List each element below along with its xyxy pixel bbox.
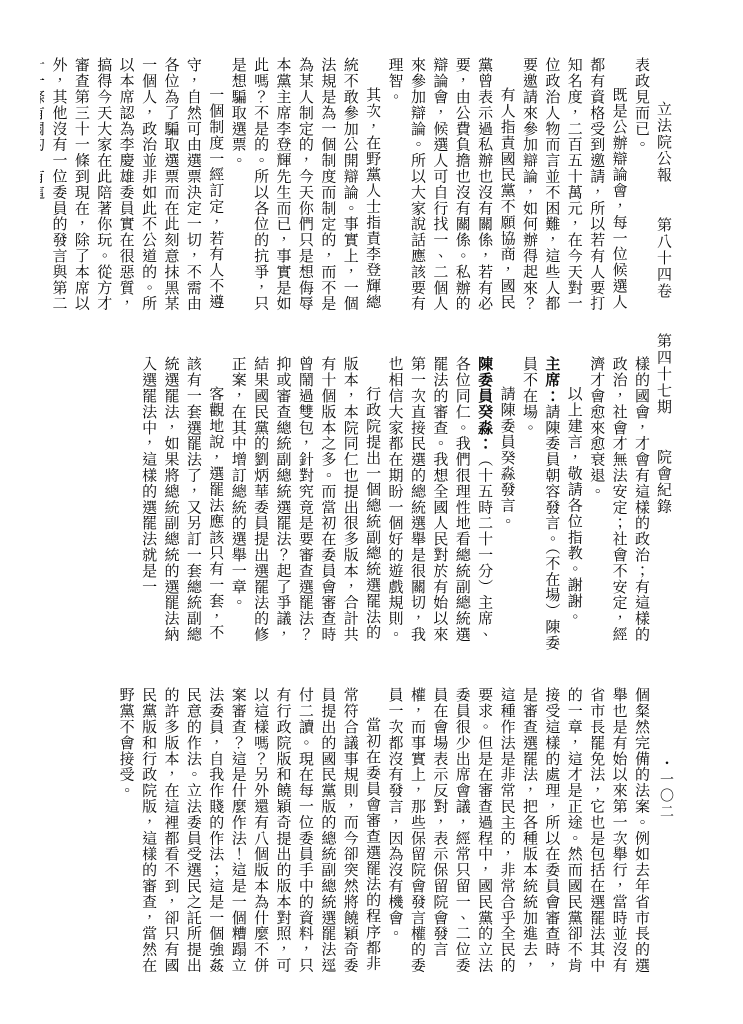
paragraph: 既是公辦辯論會，每一位候選人都有資格受到邀請，所以若有人要打知名度，二百五十萬元…: [519, 57, 631, 314]
speaker-name: 主席：: [543, 356, 561, 404]
paragraph: 陳委員癸淼：（十五時二十一分）主席、各位同仁。我們很理性地看總統副總統選罷法的審…: [384, 356, 496, 651]
paragraph: 樣的國會，才會有這樣的政治；有這樣的政治，社會才無法安定；社會不安定，經濟才會愈…: [586, 356, 653, 651]
paragraph: 以上建言，敬請各位指教。謝謝。: [563, 356, 585, 651]
paragraph: 其次，在野黨人士指責李登輝總統不敢參加公開辯論。事實上，一個法規是為一個制度而制…: [227, 57, 384, 314]
paragraph: 當初在委員會審查選罷法的程序都非常符合議事規則，而今卻突然將饒穎奇委員提出的國民…: [115, 687, 384, 978]
paragraph: 行政院提出一個總統副總統選罷法的版本，本院同仁也提出很多版本，合計共有十個版本之…: [227, 356, 384, 651]
page-number: ・一〇二: [656, 756, 676, 820]
paragraph: 有人指責國民黨不願協商，國民黨曾表示過私辦也沒有關係，若有必要，由公費負擔也沒有…: [384, 57, 518, 314]
paragraph: 主席：請陳委員朝容發言。（不在場）陳委員不在場。: [519, 356, 564, 651]
speaker-name: 陳委員癸淼：: [476, 356, 494, 451]
register-bottom: 個粲然完備的法案。例如去年省市長的選舉也是有始以來第一次舉行，當時並沒有省市長罷…: [40, 687, 653, 978]
journal-volume: 第八十四卷: [655, 217, 673, 300]
journal-header: 立法院公報 第八十四卷 第四十七期 院會紀錄: [654, 101, 675, 515]
paragraph: 請陳委員癸淼發言。: [496, 356, 518, 651]
register-top: 表政見而已。既是公辦辯論會，每一位候選人都有資格受到邀請，所以若有人要打知名度，…: [40, 57, 653, 314]
register-middle: 樣的國會，才會有這樣的政治；有這樣的政治，社會才無法安定；社會不安定，經濟才會愈…: [40, 356, 653, 651]
gazette-page: 立法院公報 第八十四卷 第四十七期 院會紀錄 ・一〇二 表政見而已。既是公辦辯論…: [0, 0, 743, 1024]
journal-issue: 第四十七期: [655, 333, 673, 416]
journal-title: 立法院公報: [655, 101, 673, 184]
paragraph: 客觀地說，選罷法應該只有一套，不該有一套選罷法了，又另訂一套總統副總統選罷法，如…: [138, 356, 228, 651]
paragraph: 表政見而已。: [631, 57, 653, 314]
paragraph: 一個制度一經訂定，若有人不遵守，自然可由選票決定一切，不需由各位為了騙取選票而在…: [40, 57, 227, 314]
paragraph: 個粲然完備的法案。例如去年省市長的選舉也是有始以來第一次舉行，當時並沒有省市長罷…: [384, 687, 653, 978]
journal-section: 院會紀錄: [655, 449, 673, 515]
page-margin: 立法院公報 第八十四卷 第四十七期 院會紀錄 ・一〇二: [654, 0, 686, 1024]
